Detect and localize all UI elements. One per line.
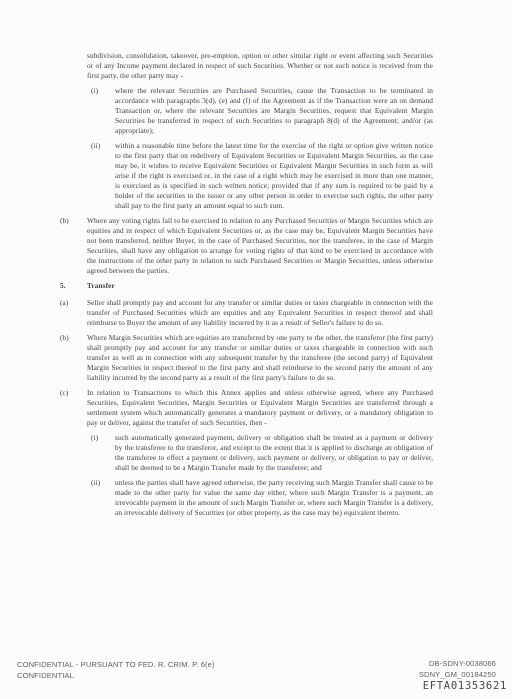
clause-5b: (b) Where Margin Securities which are eq… <box>60 333 433 383</box>
clause-marker: (i) <box>91 433 115 473</box>
clause-marker <box>60 51 87 81</box>
confidentiality-line-2: CONFIDENTIAL <box>17 670 215 681</box>
clause-5c-i: (i) such automatically generated payment… <box>91 433 433 473</box>
clause-5c-ii: (ii) unless the parties shall have agree… <box>91 478 433 518</box>
paragraph-text: Where Margin Securities which are equiti… <box>87 333 433 383</box>
paragraph-text: where the relevant Securities are Purcha… <box>115 86 433 136</box>
clause-i: (i) where the relevant Securities are Pu… <box>91 86 433 136</box>
paragraph-text: within a reasonable time before the late… <box>115 141 433 211</box>
section-heading-transfer: 5. Transfer <box>60 281 433 291</box>
intro-paragraph: subdivision, consolidation, takeover, pr… <box>60 51 433 81</box>
production-number-2: SDNY_GM_00184250 <box>419 670 496 681</box>
clause-marker: (b) <box>60 216 87 276</box>
confidentiality-line-1: CONFIDENTIAL - PURSUANT TO FED. R. CRIM.… <box>17 659 215 670</box>
clause-ii: (ii) within a reasonable time before the… <box>91 141 433 211</box>
clause-marker: (a) <box>60 298 87 328</box>
paragraph-text: Where any voting rights fall to be exerc… <box>87 216 433 276</box>
section-number: 5. <box>60 281 87 291</box>
paragraph-text: Seller shall promptly pay and account fo… <box>87 298 433 328</box>
clause-marker: (c) <box>60 388 87 428</box>
production-numbers: DB-SDNY-0038066 SDNY_GM_00184250 <box>419 659 496 680</box>
clause-marker: (ii) <box>91 141 115 211</box>
paragraph-text: In relation to Transactions to which thi… <box>87 388 433 428</box>
scanned-document-page: subdivision, consolidation, takeover, pr… <box>0 0 512 699</box>
bates-stamp: EFTA01353621 <box>423 680 507 692</box>
paragraph-text: subdivision, consolidation, takeover, pr… <box>87 51 433 81</box>
clause-marker: (ii) <box>91 478 115 518</box>
paragraph-text: unless the parties shall have agreed oth… <box>115 478 433 518</box>
clause-5a: (a) Seller shall promptly pay and accoun… <box>60 298 433 328</box>
clause-5c: (c) In relation to Transactions to which… <box>60 388 433 428</box>
clause-marker: (b) <box>60 333 87 383</box>
production-number-1: DB-SDNY-0038066 <box>419 659 496 670</box>
confidentiality-footer: CONFIDENTIAL - PURSUANT TO FED. R. CRIM.… <box>17 659 215 681</box>
clause-b: (b) Where any voting rights fall to be e… <box>60 216 433 276</box>
paragraph-text: such automatically generated payment, de… <box>115 433 433 473</box>
clause-marker: (i) <box>91 86 115 136</box>
document-body: subdivision, consolidation, takeover, pr… <box>60 51 433 523</box>
section-title: Transfer <box>87 281 433 291</box>
